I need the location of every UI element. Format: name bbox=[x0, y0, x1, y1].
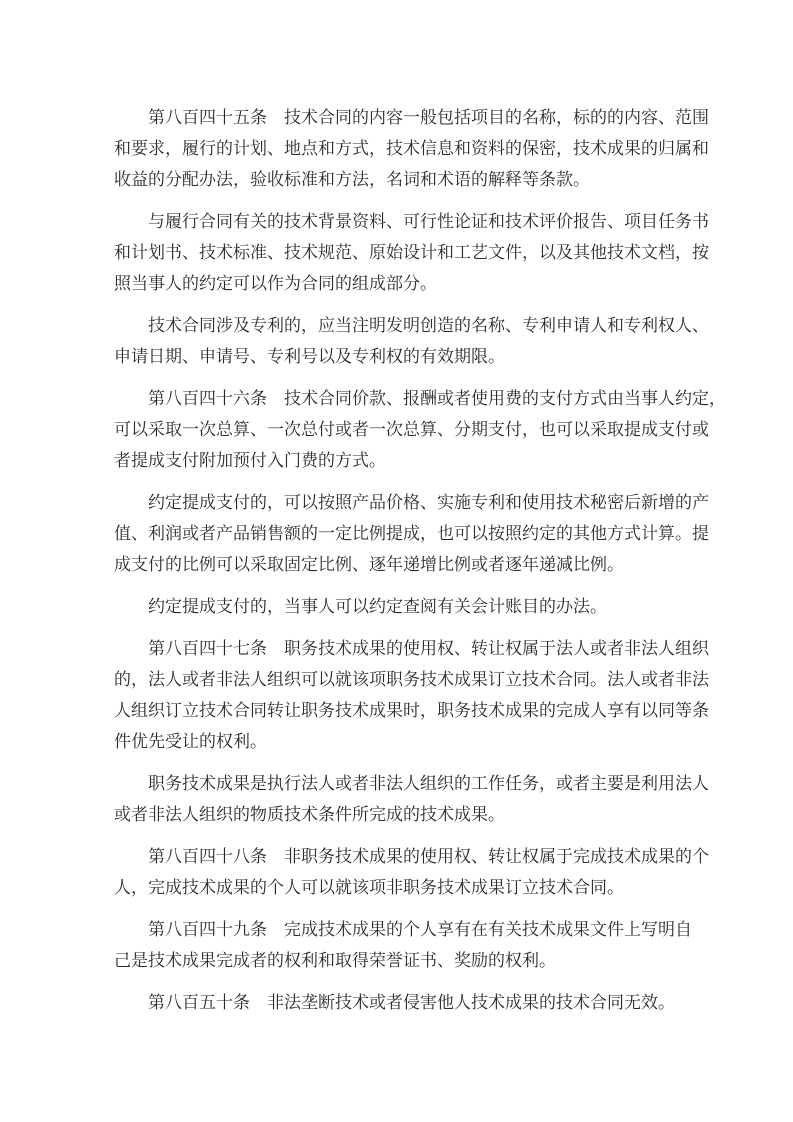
text-line: 申请日期、申请号、专利号以及专利权的有效期限。 bbox=[114, 342, 674, 373]
text-line: 第八百四十八条 非职务技术成果的使用权、转让权属于完成技术成果的个 bbox=[114, 842, 674, 873]
paragraph-article-849: 第八百四十九条 完成技术成果的个人享有在有关技术成果文件上写明自 己是技术成果完… bbox=[114, 915, 674, 977]
text-line: 可以采取一次总算、一次总付或者一次总算、分期支付，也可以采取提成支付或 bbox=[114, 415, 674, 446]
paragraph-article-846: 第八百四十六条 技术合同价款、报酬或者使用费的支付方式由当事人约定， 可以采取一… bbox=[114, 384, 674, 477]
text-line: 职务技术成果是执行法人或者非法人组织的工作任务，或者主要是利用法人 bbox=[114, 769, 674, 800]
text-line: 或者非法人组织的物质技术条件所完成的技术成果。 bbox=[114, 800, 674, 831]
text-line: 的，法人或者非法人组织可以就该项职务技术成果订立技术合同。法人或者非法 bbox=[114, 665, 674, 696]
paragraph-service-results: 职务技术成果是执行法人或者非法人组织的工作任务，或者主要是利用法人 或者非法人组… bbox=[114, 769, 674, 831]
document-page: 第八百四十五条 技术合同的内容一般包括项目的名称，标的的内容、范围 和要求，履行… bbox=[114, 103, 674, 1030]
paragraph-article-850: 第八百五十条 非法垄断技术或者侵害他人技术成果的技术合同无效。 bbox=[114, 988, 674, 1019]
text-line: 第八百四十九条 完成技术成果的个人享有在有关技术成果文件上写明自 bbox=[114, 915, 674, 946]
paragraph-article-847: 第八百四十七条 职务技术成果的使用权、转让权属于法人或者非法人组织 的，法人或者… bbox=[114, 634, 674, 758]
text-line: 与履行合同有关的技术背景资料、可行性论证和技术评价报告、项目任务书 bbox=[114, 207, 674, 238]
text-line: 件优先受让的权利。 bbox=[114, 727, 674, 758]
text-line: 技术合同涉及专利的，应当注明发明创造的名称、专利申请人和专利权人、 bbox=[114, 311, 674, 342]
text-line: 照当事人的约定可以作为合同的组成部分。 bbox=[114, 269, 674, 300]
text-line: 第八百四十五条 技术合同的内容一般包括项目的名称，标的的内容、范围 bbox=[114, 103, 674, 134]
text-line: 人组织订立技术合同转让职务技术成果时，职务技术成果的完成人享有以同等条 bbox=[114, 696, 674, 727]
paragraph-royalty: 约定提成支付的，可以按照产品价格、实施专利和使用技术秘密后新增的产 值、利润或者… bbox=[114, 488, 674, 581]
text-line: 人，完成技术成果的个人可以就该项非职务技术成果订立技术合同。 bbox=[114, 873, 674, 904]
text-line: 者提成支付附加预付入门费的方式。 bbox=[114, 446, 674, 477]
paragraph-tech-documents: 与履行合同有关的技术背景资料、可行性论证和技术评价报告、项目任务书 和计划书、技… bbox=[114, 207, 674, 300]
text-line: 第八百四十七条 职务技术成果的使用权、转让权属于法人或者非法人组织 bbox=[114, 634, 674, 665]
text-line: 和计划书、技术标准、技术规范、原始设计和工艺文件，以及其他技术文档，按 bbox=[114, 238, 674, 269]
paragraph-article-848: 第八百四十八条 非职务技术成果的使用权、转让权属于完成技术成果的个 人，完成技术… bbox=[114, 842, 674, 904]
text-line: 约定提成支付的，当事人可以约定查阅有关会计账目的办法。 bbox=[114, 592, 674, 623]
text-line: 和要求，履行的计划、地点和方式，技术信息和资料的保密，技术成果的归属和 bbox=[114, 134, 674, 165]
text-line: 约定提成支付的，可以按照产品价格、实施专利和使用技术秘密后新增的产 bbox=[114, 488, 674, 519]
paragraph-accounts: 约定提成支付的，当事人可以约定查阅有关会计账目的办法。 bbox=[114, 592, 674, 623]
text-line: 己是技术成果完成者的权利和取得荣誉证书、奖励的权利。 bbox=[114, 946, 674, 977]
text-line: 第八百四十六条 技术合同价款、报酬或者使用费的支付方式由当事人约定， bbox=[114, 384, 674, 415]
text-line: 第八百五十条 非法垄断技术或者侵害他人技术成果的技术合同无效。 bbox=[114, 988, 674, 1019]
text-line: 值、利润或者产品销售额的一定比例提成，也可以按照约定的其他方式计算。提 bbox=[114, 519, 674, 550]
paragraph-patent: 技术合同涉及专利的，应当注明发明创造的名称、专利申请人和专利权人、 申请日期、申… bbox=[114, 311, 674, 373]
paragraph-article-845: 第八百四十五条 技术合同的内容一般包括项目的名称，标的的内容、范围 和要求，履行… bbox=[114, 103, 674, 196]
text-line: 成支付的比例可以采取固定比例、逐年递增比例或者逐年递减比例。 bbox=[114, 550, 674, 581]
text-line: 收益的分配办法，验收标准和方法，名词和术语的解释等条款。 bbox=[114, 165, 674, 196]
